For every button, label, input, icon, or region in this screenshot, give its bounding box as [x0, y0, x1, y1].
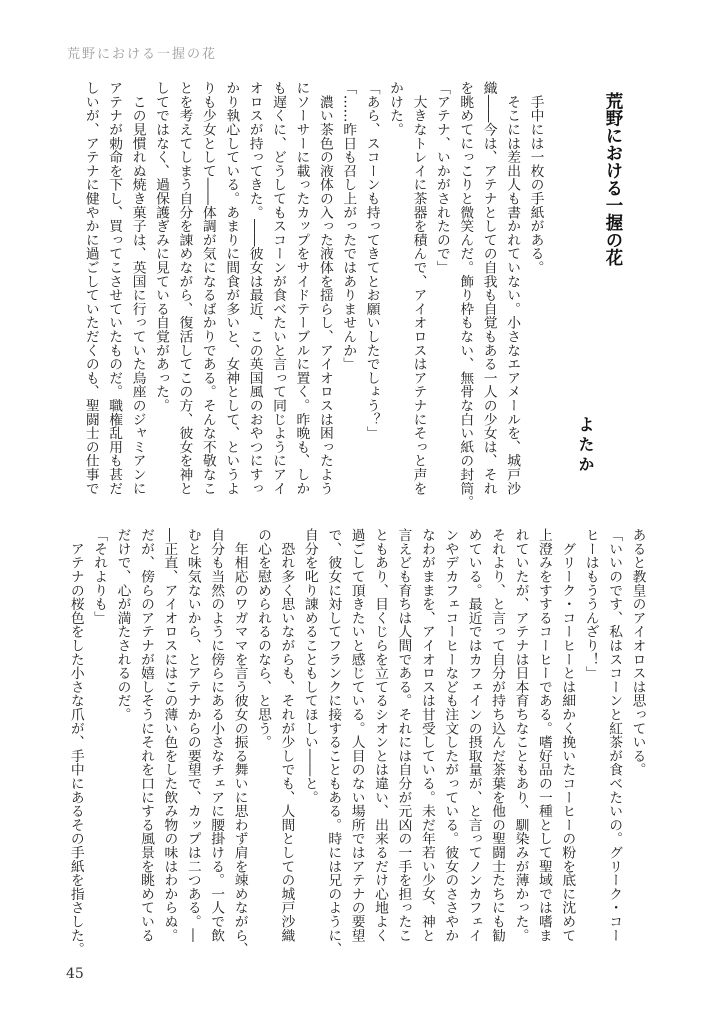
- text-column: も遅くに、どうしてもスコーンが食べたいと言って同じようにアイ: [266, 81, 289, 511]
- text-column: 「アテナ、いかがされたので」: [429, 81, 452, 511]
- text-column: めている。最近ではカフェインの摂取量が、と言ってノンカフェイ: [461, 528, 484, 958]
- text-column: あると教皇のアイオロスは思っている。: [625, 528, 648, 958]
- text-column: ヒーはもううんざり！」: [578, 528, 601, 958]
- text-column: ともあり、目くじらを立てるシオンとは違い、出来るだけ心地よく: [368, 528, 391, 958]
- text-column: 「……昨日も召し上がったではありませんか」: [336, 81, 359, 511]
- text-column: この見慣れぬ焼き菓子は、英国に行っていた烏座のジャミアンに: [125, 81, 148, 511]
- text-column: そこには差出人も書かれていない。小さなエアメールを、城戸沙: [500, 81, 523, 511]
- story-title: 荒野における一握の花: [600, 92, 624, 266]
- text-column: 言えども育ちは人間である。それには自分が元凶の一手を担ったこ: [391, 528, 414, 958]
- text-column: 恐れ多く思いながらも、それが少しでも、人間としての城戸沙織: [274, 528, 297, 958]
- text-column: れていたが、アテナは日本育ちなこともあり、馴染みが薄かった。: [508, 528, 531, 958]
- text-column: 「あら、スコーンも持ってきてとお願いしたでしょう？」: [359, 81, 382, 511]
- text-column: アテナが勅命を下し、買ってこさせていたものだ。職権乱用も甚だ: [102, 81, 125, 511]
- text-column: してではなく、過保護ぎみに見ている自覚があった。: [149, 81, 172, 511]
- text-column: 大きなトレイに茶器を積んで、アイオロスはアテナにそっと声を: [406, 81, 429, 511]
- text-column: ―正直、アイオロスにはこの薄い色をした飲み物の味はわからぬ。: [157, 528, 180, 958]
- upper-text-block: 手中には一枚の手紙がある。 そこには差出人も書かれていない。小さなエアメールを、…: [79, 81, 547, 511]
- text-column: 年相応のワガママを言う彼女の振る舞いに思わず肩を竦めながら、: [227, 528, 250, 958]
- text-column: だけで、心が満たされるのだ。: [110, 528, 133, 958]
- page-number: 45: [66, 966, 84, 982]
- text-column: 自分も当然のように傍らにある小さなチェアに腰掛ける。一人で飲: [204, 528, 227, 958]
- text-column: だが、傍らのアテナが嬉しそうにそれを口にする風景を眺めている: [134, 528, 157, 958]
- text-column: アテナの桜色をした小さな爪が、手中にあるその手紙を指さした。: [63, 528, 86, 958]
- text-column: りも少女として――体調が気になるばかりである。そんな不敬なこ: [195, 81, 218, 511]
- text-column: それより、と言って自分が持ち込んだ茶葉を他の聖闘士たちにも勧: [485, 528, 508, 958]
- text-column: しいが、アテナに健やかに過ごしていただくのも、聖闘士の仕事で: [78, 81, 101, 511]
- text-column: 織――今は、アテナとしての自我も自覚もある一人の少女は、それ: [476, 81, 499, 511]
- text-column: にソーサーに載ったカップをサイドテーブルに置く。昨晩も、しか: [289, 81, 312, 511]
- text-column: 濃い茶色の液体の入った液体を揺らし、アイオロスは困ったよう: [312, 81, 335, 511]
- text-column: かけた。: [383, 81, 406, 511]
- running-title: 荒野における一握の花: [67, 43, 217, 62]
- text-column: ンやデカフェコーヒーなども注文したがっている。彼女のささやか: [438, 528, 461, 958]
- text-column: 手中には一枚の手紙がある。: [523, 81, 546, 511]
- text-column: とを考えてしまう自分を諌めながら、復活してこの方、彼女を神と: [172, 81, 195, 511]
- text-column: 自分を叱り諌めることもしてほしい――と。: [297, 528, 320, 958]
- text-column: 上澄みをすするコーヒーである。嗜好品の一種として聖域では嗜ま: [531, 528, 554, 958]
- lower-text-block: あると教皇のアイオロスは思っている。 「いいのです、私はスコーンと紅茶が食べたい…: [64, 528, 649, 958]
- text-column: の心を慰められるのなら、と思う。: [251, 528, 274, 958]
- text-column: を眺めてにっこりと微笑んだ。飾り枠もない、無骨な白い紙の封筒。: [453, 81, 476, 511]
- text-column: かり執心している。あまりに間食が多いと、女神として、というよ: [219, 81, 242, 511]
- text-column: 「いいのです、私はスコーンと紅茶が食べたいの。グリーク・コー: [602, 528, 625, 958]
- text-column: 過ごして頂きたいと感じている。人目のない場所ではアテナの要望: [344, 528, 367, 958]
- text-column: なわがままを、アイオロスは甘受している。未だ年若い少女、神と: [414, 528, 437, 958]
- text-column: グリーク・コーヒーとは細かく挽いたコーヒーの粉を底に沈めて: [555, 528, 578, 958]
- text-column: オロスが持ってきた。――彼女は最近、この英国風のおやつにすっ: [242, 81, 265, 511]
- text-column: 「それよりも」: [87, 528, 110, 958]
- text-column: むと味気ないから、とアテナからの要望で、カップは二つある。―: [180, 528, 203, 958]
- text-column: で、彼女に対してフランクに接することもある。時には兄のように、: [321, 528, 344, 958]
- author-name: よたか: [575, 416, 595, 476]
